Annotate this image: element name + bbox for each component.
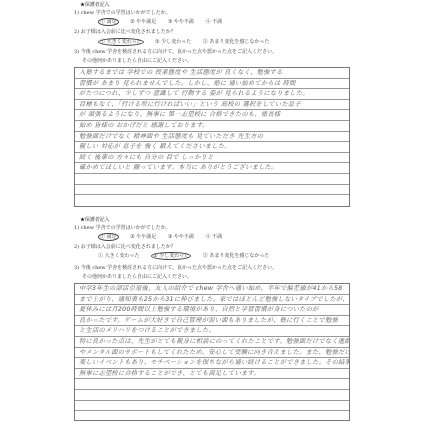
option-satisfied-selected: ① 満足 xyxy=(98,18,119,26)
question-2: 2) お子様は入会前に比べ変化されましたか？ xyxy=(74,243,176,250)
comment-line: 良かったです。ゲームが大好きで自己管理が弱い面もありましたが、塾に行くことで勉強 xyxy=(75,316,349,327)
comment-line xyxy=(75,379,349,390)
option-dissatisfied: ④ 不満 xyxy=(206,234,223,240)
option-not-much-change: ③ あまり変化を感じなかった xyxy=(203,253,270,259)
comment-line xyxy=(75,185,349,196)
question-3: 3) 今後 chew 学舎を検討される方に向けて、良かった点や悪かった点をご記入… xyxy=(74,264,277,271)
comment-line xyxy=(75,174,349,185)
comment-line xyxy=(75,401,349,412)
question-2-options: ① 大きく変わった ② 少し変わった ③ あまり変化を感じなかった xyxy=(98,38,279,45)
comment-line: がたつにつれ、少しずつ 意識して 行動する 姿が 見られるようになりました。 xyxy=(75,89,349,100)
comment-line: 楽しいイベントもあり、モチベーションを保ちながら通い続けることができました。その… xyxy=(75,358,349,369)
form-heading: ★保護者記入 xyxy=(80,216,109,223)
option-changed-slightly: ② 少し変わった xyxy=(155,39,191,45)
comment-line: 始め 皆様の おかげだと 感謝しております。 xyxy=(75,121,349,132)
question-1-options: ① 満足 ② やや満足 ③ やや不満 ④ 不満 xyxy=(98,233,232,240)
comment-line: 勉強面だけでなく 精神面や 生活態度も 見ていただき 先生方の xyxy=(75,132,349,143)
question-3-subtext: その他何かありましたら自由にご記入ください。 xyxy=(82,273,192,280)
comment-line: 入塾するまでは 学校での 授業態度や 生活態度が 良くなく、勉強する xyxy=(75,68,349,79)
comment-line: 親しい 対応が 息子を 強く 鍛えてくださいました。 xyxy=(75,142,349,153)
option-somewhat-dissatisfied: ③ やや不満 xyxy=(168,234,194,240)
option-changed-slightly-selected: ② 少し変わった xyxy=(151,252,191,260)
comment-line xyxy=(75,195,349,206)
question-3: 3) 今後 chew 学舎を検討される方に向けて、良かった点や悪かった点をご記入… xyxy=(74,48,277,55)
comment-box: 中学3年生の部活引退後、友人の紹介で chew 学舎へ通い始め、半年で偏差値が4… xyxy=(74,283,350,421)
comment-line xyxy=(75,411,349,422)
option-somewhat-satisfied: ② やや満足 xyxy=(130,234,156,240)
comment-line: 続く 後輩の 方々にも 自分の 目で しっかりと xyxy=(75,153,349,164)
option-dissatisfied: ④ 不満 xyxy=(206,19,223,25)
comment-line: 習慣が あまり 見られませんでした。しかし、塾に 通い始めてからは 時間 xyxy=(75,79,349,90)
question-2-options: ① 大きく変わった ② 少し変わった ③ あまり変化を感じなかった xyxy=(98,252,279,259)
question-1: 1) chew 学舎での学習はいかがでしたか。 xyxy=(74,224,171,231)
comment-line xyxy=(75,390,349,401)
comment-line: 中学3年生の部活引退後、友人の紹介で chew 学舎へ通い始め、半年で偏差値が4… xyxy=(75,284,349,295)
comment-line: 無事に志望校に合格することができ、とても満足しています。 xyxy=(75,369,349,380)
comment-line: 目標もなく、「行ける所に行ければいい」という 高校の 選択をしていた息子 xyxy=(75,100,349,111)
option-satisfied-selected: ① 満足 xyxy=(98,233,119,241)
question-1-options: ① 満足 ② やや満足 ③ やや不満 ④ 不満 xyxy=(98,18,232,25)
question-1: 1) chew 学舎での学習はいかがでしたか。 xyxy=(74,9,171,16)
comment-line: 夏休みには月200時間以上勉強する環境があり、自然と学習習慣が身についたのが xyxy=(75,305,349,316)
question-3-subtext: その他何かありましたら自由にご記入ください。 xyxy=(82,57,192,64)
comment-line: と生活のメリハリをつけることができました。 xyxy=(75,326,349,337)
option-changed-greatly: ① 大きく変わった xyxy=(98,253,140,259)
option-changed-greatly-selected: ① 大きく変わった xyxy=(98,38,144,46)
comment-line: 特に良かった点は、先生がとても親身に相談にのってくれたことです。勉強面だけでなく… xyxy=(75,337,349,348)
option-somewhat-dissatisfied: ③ やや不満 xyxy=(168,19,194,25)
option-somewhat-satisfied: ② やや満足 xyxy=(130,19,156,25)
comment-line: 確かめてほしいと 願っています。本当に ありがとうございました。 xyxy=(75,163,349,174)
form-heading: ★保護者記入 xyxy=(80,1,109,8)
comment-line: まで上がり、通知表も25から31に伸びました。家ではほとんど勉強しないタイプでし… xyxy=(75,295,349,306)
question-2: 2) お子様は入会前に比べ変化されましたか？ xyxy=(74,28,176,35)
comment-box: 入塾するまでは 学校での 授業態度や 生活態度が 良くなく、勉強する 習慣が あ… xyxy=(74,67,350,207)
comment-line: やメンタル面のサポートもしてくれたため、安心して受験に向き合えました。また、勉強… xyxy=(75,348,349,359)
option-not-much-change: ③ あまり変化を感じなかった xyxy=(203,39,270,45)
comment-line: が 頑張るようになり、無事に 第一志望校に 合格できたのも、塾長様 xyxy=(75,110,349,121)
